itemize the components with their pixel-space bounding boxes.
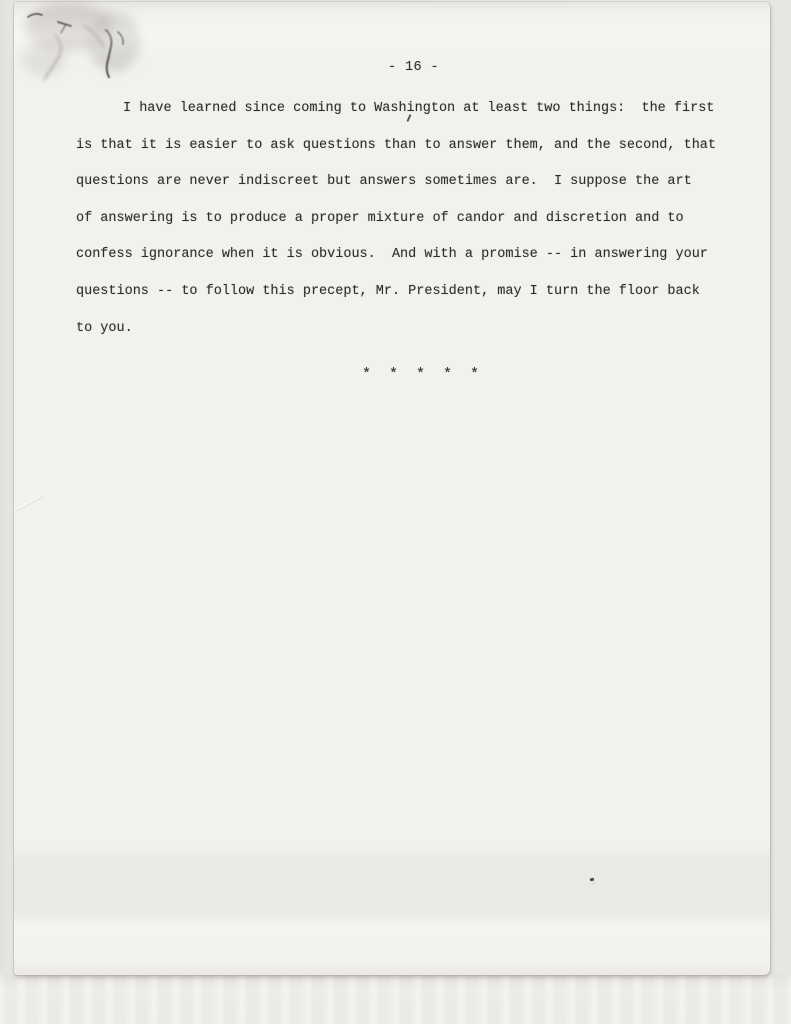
paragraph-line: questions are never indiscreet but answe… xyxy=(76,164,736,201)
asterisk-separator: * * * * * xyxy=(362,366,480,383)
document-page: - 16 - I have learned since coming to Wa… xyxy=(14,2,770,975)
paper-crease xyxy=(13,494,44,513)
page-number: - 16 - xyxy=(388,60,439,75)
scanner-background-strip xyxy=(0,975,791,1024)
scanned-document-screenshot: { "page": { "page_number": "- 16 -", "li… xyxy=(0,0,791,1024)
paragraph-line: I have learned since coming to Washingto… xyxy=(76,91,736,128)
paragraph-line: is that it is easier to ask questions th… xyxy=(76,128,736,165)
paragraph-line: to you. xyxy=(76,311,736,348)
paragraph-line: confess ignorance when it is obvious. An… xyxy=(76,237,736,274)
paragraph-line: questions -- to follow this precept, Mr.… xyxy=(76,274,736,311)
body-paragraph: I have learned since coming to Washingto… xyxy=(76,91,736,347)
paragraph-line: of answering is to produce a proper mixt… xyxy=(76,201,736,238)
ink-speck-mark xyxy=(590,878,595,882)
ink-smudge-icon xyxy=(14,0,159,98)
